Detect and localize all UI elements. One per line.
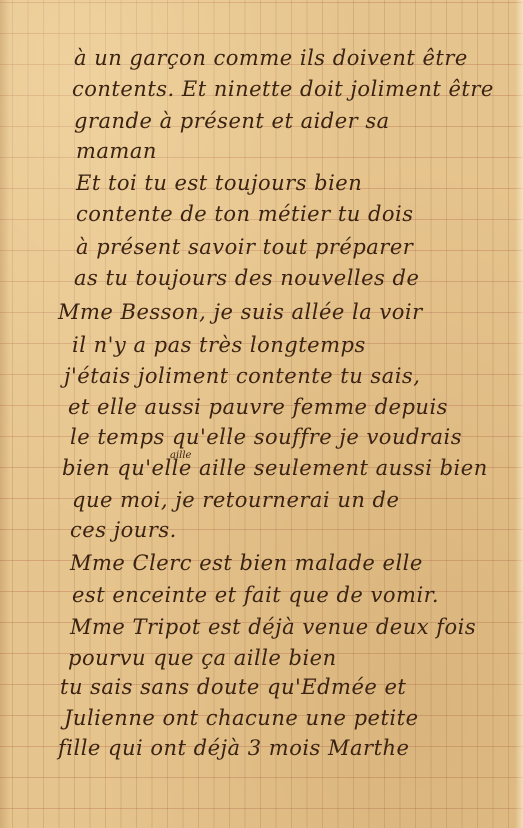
letter-line: Mme Clerc est bien malade elle bbox=[70, 553, 423, 574]
letter-line: Mme Tripot est déjà venue deux fois bbox=[70, 617, 476, 638]
letter-line: as tu toujours des nouvelles de bbox=[74, 268, 419, 289]
letter-line: Julienne ont chacune une petite bbox=[64, 708, 419, 729]
letter-line: contents. Et ninette doit joliment être bbox=[72, 79, 494, 100]
letter-line: bien qu'elle aille seulement aussi bien bbox=[62, 458, 488, 479]
letter-page: à un garçon comme ils doivent êtreconten… bbox=[0, 0, 523, 828]
paper-edge-right bbox=[515, 0, 523, 828]
letter-line: tu sais sans doute qu'Edmée et bbox=[60, 677, 406, 698]
letter-line: que moi, je retournerai un de bbox=[72, 490, 399, 511]
letter-line: maman bbox=[76, 141, 157, 162]
letter-line: grande à présent et aider sa bbox=[74, 111, 390, 132]
letter-line: est enceinte et fait que de vomir. bbox=[72, 585, 439, 606]
letter-line: et elle aussi pauvre femme depuis bbox=[68, 397, 448, 418]
letter-line: ces jours. bbox=[70, 520, 177, 541]
paper-edge-left bbox=[0, 0, 10, 828]
letter-line: j'étais joliment contente tu sais, bbox=[64, 366, 420, 387]
letter-line: il n'y a pas très longtemps bbox=[72, 335, 366, 356]
letter-line: fille qui ont déjà 3 mois Marthe bbox=[58, 738, 409, 759]
letter-line: Mme Besson, je suis allée la voir bbox=[58, 302, 423, 323]
letter-line: contente de ton métier tu dois bbox=[76, 204, 414, 225]
letter-line: Et toi tu est toujours bien bbox=[76, 173, 362, 194]
letter-line: à présent savoir tout préparer bbox=[76, 237, 413, 258]
interlinear-insertion: aille bbox=[170, 450, 191, 461]
letter-line: à un garçon comme ils doivent être bbox=[74, 48, 468, 69]
letter-line: pourvu que ça aille bien bbox=[68, 648, 337, 669]
letter-line: le temps qu'elle souffre je voudrais bbox=[70, 427, 462, 448]
